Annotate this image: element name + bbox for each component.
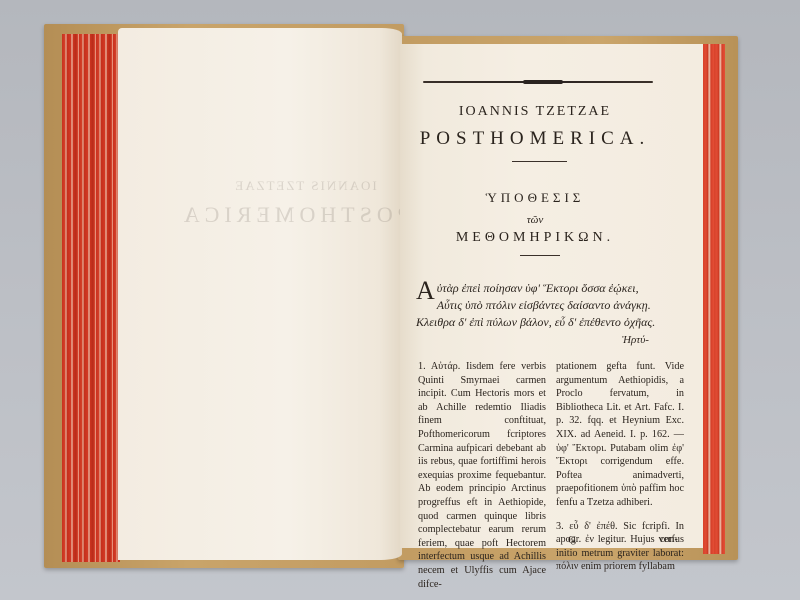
greek-heading-3: ΜΕΘΟΜΗΡΙΚΩΝ. — [400, 230, 670, 246]
signature-mark: G — [568, 534, 576, 546]
greek-heading-rule — [520, 255, 560, 256]
open-book: IOANNIS TZETZAE POSTHOMERICA IOANNIS TZE… — [0, 0, 800, 600]
verse-line-3: Κλειθρα δ' ἐπὶ πύλων βάλον, εὖ δ' ἐπέθεν… — [416, 314, 686, 331]
note-1-cont: ptationem gefta funt. Vide argumentum Ae… — [556, 360, 684, 510]
greek-verse: Α ὐτὰρ ἐπεὶ ποίησαν ὑφ' Ἕκτορι ὅσσα ἐῴκε… — [416, 280, 686, 331]
ghost-author: IOANNIS TZETZAE — [200, 178, 410, 194]
title-heading: POSTHOMERICA. — [400, 128, 670, 150]
verse-line-2: Αὖτις ὑπὸ πτόλιν εἰσβάντες δαίσαντο ἀνάγ… — [416, 297, 686, 314]
head-ornament-rule — [423, 81, 653, 83]
bottom-catchword: con- — [660, 534, 678, 545]
verse-catchword: Ἡρτύ- — [622, 334, 649, 346]
right-page-content: IOANNIS TZETZAE POSTHOMERICA. ὙΠΟΘΕΣΙΣ τ… — [400, 44, 704, 548]
ghost-title: POSTHOMERICA — [200, 202, 410, 228]
verse-line-1: ὐτὰρ ἐπεὶ ποίησαν ὑφ' Ἕκτορι ὅσσα ἐῴκει, — [416, 280, 686, 297]
left-red-page-edges — [62, 34, 120, 562]
left-page — [118, 28, 402, 560]
author-heading: IOANNIS TZETZAE — [400, 104, 670, 120]
left-page-show-through: IOANNIS TZETZAE POSTHOMERICA — [200, 178, 410, 228]
greek-heading-1: ὙΠΟΘΕΣΙΣ — [400, 190, 670, 206]
greek-heading-2: τῶν — [400, 214, 670, 226]
note-1: 1. Αὐτάρ. Iisdem fere verbis Quinti Smyr… — [418, 360, 546, 591]
right-red-page-edges — [703, 44, 725, 554]
note-3: 3. εὖ δ' ἐπέθ. Sic fcripfi. In apogr. ἐν… — [556, 520, 684, 574]
drop-cap: Α — [416, 280, 435, 302]
title-rule — [512, 161, 567, 162]
notes-column-1: 1. Αὐτάρ. Iisdem fere verbis Quinti Smyr… — [418, 360, 546, 591]
